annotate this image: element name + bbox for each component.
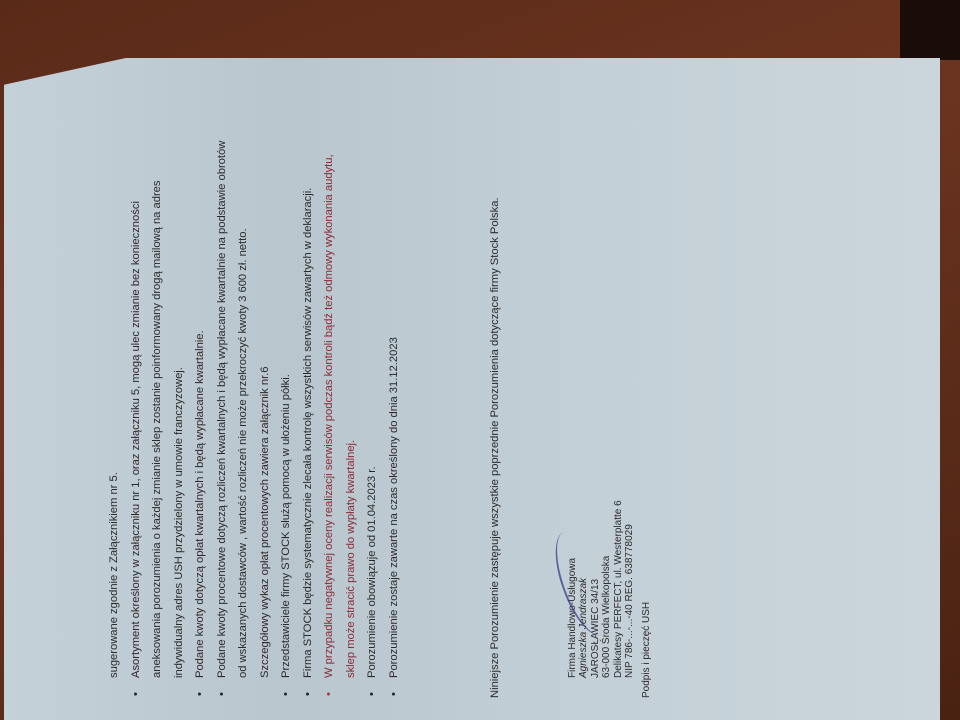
stamp-line: Delikatesy PERFECT, ul. Westerplatte 6 — [613, 138, 625, 678]
bullet-item: Porozumienie zostaje zawarte na czas okr… — [384, 138, 406, 678]
bullet-item: Podane kwoty procentowe dotyczą rozlicze… — [212, 138, 255, 678]
background-corner — [900, 0, 960, 60]
company-stamp: Firma Handlowo-Usługowa Agnieszka Jendra… — [567, 138, 636, 698]
bullet-list-2: Przedstawiciele firmy STOCK służą pomocą… — [276, 138, 405, 698]
document-page: sugerowane zgodnie z Załącznikiem nr 5. … — [4, 58, 940, 720]
bullet-item-highlight: W przypadku negatywnej oceny realizacji … — [319, 138, 362, 678]
bullet-item: Asortyment określony w załączniku nr 1, … — [126, 138, 191, 678]
intro-line: sugerowane zgodnie z Załącznikiem nr 5. — [104, 138, 126, 698]
stamp-line: NIP 786-...-...-40 REG. 638778029 — [624, 138, 636, 678]
bullet-item: Firma STOCK będzie systematycznie zlecał… — [298, 138, 320, 678]
document-content: sugerowane zgodnie z Załącznikiem nr 5. … — [104, 138, 484, 698]
signature-label: Podpis i pieczęć USH — [636, 138, 658, 698]
bullet-item: Przedstawiciele firmy STOCK służą pomocą… — [276, 138, 298, 678]
bullet-item: Porozumienie obowiązuje od 01.04.2023 r. — [362, 138, 384, 678]
bullet-item: Podane kwoty dotyczą opłat kwartalnych i… — [190, 138, 212, 678]
plain-line: Szczegółowy wykaz opłat procentowych zaw… — [255, 138, 277, 698]
bullet-list-1: Asortyment określony w załączniku nr 1, … — [126, 138, 255, 698]
closing-statement: Niniejsze Porozumienie zastępuje wszystk… — [485, 138, 507, 698]
